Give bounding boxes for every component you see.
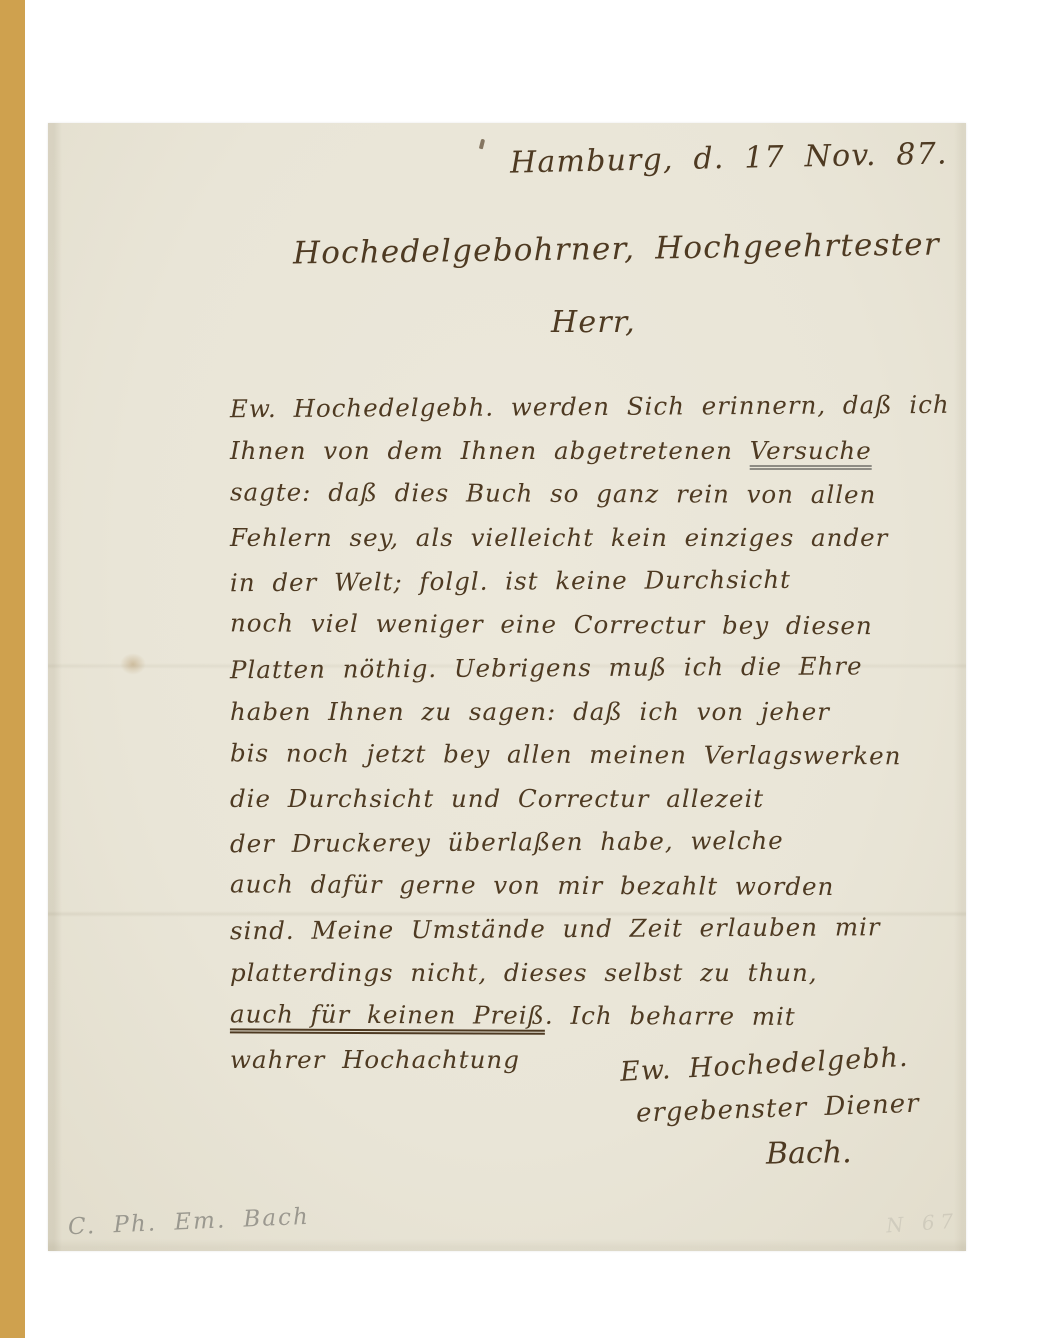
body-text: platterdings nicht, dieses selbst zu thu… (230, 958, 818, 987)
body-text: in der Welt; folgl. ist keine Durchsicht (230, 565, 791, 597)
body-text: wahrer Hochachtung (230, 1045, 520, 1074)
letter-body-line: sind. Meine Umstände und Zeit erlauben m… (230, 905, 956, 953)
letter-body-line: der Druckerey überlaßen habe, welche (230, 818, 956, 866)
signature: Bach. (766, 1133, 959, 1171)
letter-body-line: auch für keinen Preiß. Ich beharre mit (230, 992, 956, 1039)
letter-body-line: die Durchsicht und Correctur allezeit (230, 777, 956, 821)
salutation-line-1: Hochedelgebohrner, Hochgeehrtester (293, 226, 940, 271)
letter-body-line: Ihnen von dem Ihnen abgetretenen Versuch… (230, 429, 956, 473)
paper-stain (120, 653, 146, 675)
closing-line-2: ergebenster Diener (636, 1087, 959, 1128)
letter-body-line: sagte: daß dies Buch so ganz rein von al… (230, 470, 956, 517)
body-text: Fehlern sey, als vielleicht kein einzige… (230, 523, 888, 552)
body-text: die Durchsicht und Correctur allezeit (230, 784, 764, 813)
gold-accent-bar (0, 0, 25, 1338)
letter-body-line: auch dafür gerne von mir bezahlt worden (230, 862, 956, 909)
letter-page: Hamburg, d. 17 Nov. 87. Hochedelgebohrne… (48, 123, 966, 1251)
body-text: haben Ihnen zu sagen: daß ich von jeher (230, 697, 830, 726)
body-text: sind. Meine Umstände und Zeit erlauben m… (230, 912, 881, 945)
salutation-line-2: Herr, (551, 305, 636, 340)
letter-body-line: bis noch jetzt bey allen meinen Verlagsw… (230, 731, 956, 778)
body-text: sagte: daß dies Buch so ganz rein von al… (230, 477, 876, 509)
body-text: Platten nöthig. Uebrigens muß ich die Eh… (230, 651, 863, 684)
body-text: Ihnen von dem Ihnen abgetretenen (230, 436, 750, 465)
letter-body-line: noch viel weniger eine Correctur bey die… (230, 601, 956, 648)
scan-viewer: Hamburg, d. 17 Nov. 87. Hochedelgebohrne… (0, 0, 1040, 1338)
body-text: bis noch jetzt bey allen meinen Verlagsw… (230, 738, 902, 770)
underlined-phrase: auch für keinen Preiß (230, 999, 545, 1029)
body-text: noch viel weniger eine Correctur bey die… (230, 608, 873, 640)
letter-body-line: in der Welt; folgl. ist keine Durchsicht (230, 557, 956, 605)
letter-body-line: Fehlern sey, als vielleicht kein einzige… (230, 516, 956, 560)
body-text: . Ich beharre mit (545, 1001, 796, 1031)
letter-body-line: platterdings nicht, dieses selbst zu thu… (230, 951, 956, 995)
letter-body-line: Platten nöthig. Uebrigens muß ich die Eh… (230, 644, 956, 692)
underlined-phrase: Versuche (750, 436, 872, 465)
pencil-corner-mark: N 67 (885, 1208, 960, 1237)
body-text: auch dafür gerne von mir bezahlt worden (230, 869, 834, 901)
letter-body-line: Ew. Hochedelgebh. werden Sich erinnern, … (230, 383, 956, 431)
letter-body: Ew. Hochedelgebh. werden Sich erinnern, … (230, 385, 956, 1081)
ink-speck (479, 139, 485, 150)
body-text: Ew. Hochedelgebh. werden Sich erinnern, … (230, 390, 950, 423)
pencil-attribution: C. Ph. Em. Bach (68, 1204, 311, 1241)
dateline: Hamburg, d. 17 Nov. 87. (510, 136, 948, 180)
letter-body-line: haben Ihnen zu sagen: daß ich von jeher (230, 690, 956, 734)
body-text: der Druckerey überlaßen habe, welche (230, 826, 784, 858)
closing-block: Ew. Hochedelgebh. ergebenster Diener Bac… (608, 1048, 958, 1170)
